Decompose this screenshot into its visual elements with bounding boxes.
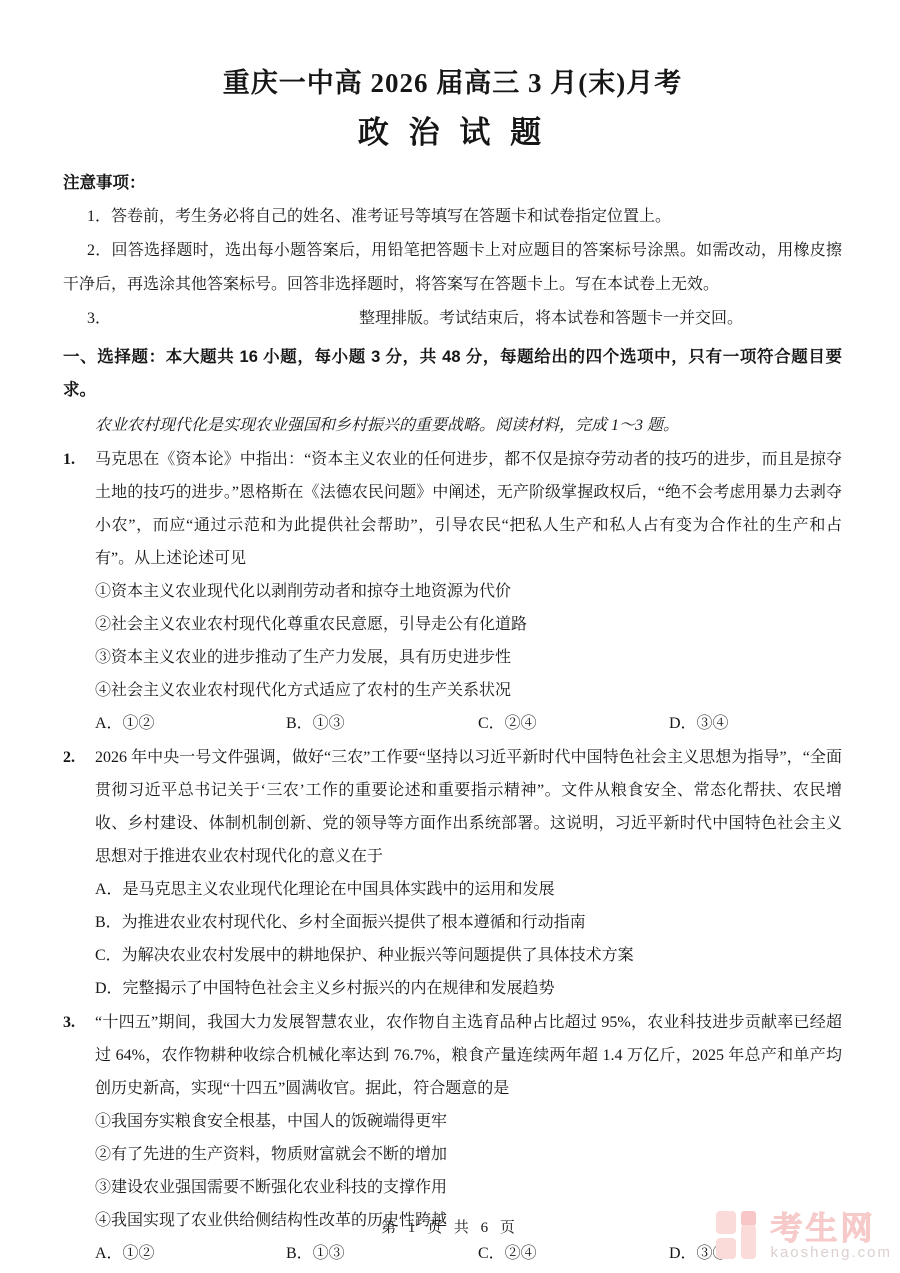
section-header: 一、选择题：本大题共 16 小题，每小题 3 分，共 48 分，每题给出的四个选… xyxy=(63,341,842,407)
question-1-statement-2: ②社会主义农业农村现代化尊重农民意愿，引导走公有化道路 xyxy=(95,608,842,641)
question-3-number: 3. xyxy=(63,1006,95,1039)
question-2-choice-a: A．是马克思主义农业现代化理论在中国具体实践中的运用和发展 xyxy=(95,873,842,906)
question-1-choices: A．①② B．①③ C．②④ D．③④ xyxy=(95,707,842,740)
subject-title: 政 治 试 题 xyxy=(63,112,842,154)
question-3-stem: “十四五”期间，我国大力发展智慧农业，农作物自主选育品种占比超过 95%，农业科… xyxy=(95,1006,842,1105)
question-2-body: 2026 年中央一号文件强调，做好“三农”工作要“坚持以习近平新时代中国特色社会… xyxy=(95,741,842,1005)
page-title: 重庆一中高 2026 届高三 3 月(末)月考 xyxy=(63,66,842,100)
exam-page: 重庆一中高 2026 届高三 3 月(末)月考 政 治 试 题 注意事项： 1．… xyxy=(0,0,900,1273)
question-1-statement-1: ①资本主义农业现代化以剥削劳动者和掠夺土地资源为代价 xyxy=(95,575,842,608)
watermark: 考生网 kaosheng.com xyxy=(716,1211,892,1261)
watermark-site-name: 考生网 xyxy=(770,1211,892,1245)
question-1-stem: 马克思在《资本论》中指出：“资本主义农业的任何进步，都不仅是掠夺劳动者的技巧的进… xyxy=(95,443,842,575)
logo-block-bottom-left xyxy=(716,1238,736,1259)
question-2: 2. 2026 年中央一号文件强调，做好“三农”工作要“坚持以习近平新时代中国特… xyxy=(63,741,842,1005)
watermark-text: 考生网 kaosheng.com xyxy=(770,1211,892,1261)
note-3-number: 3． xyxy=(87,310,111,327)
question-2-number: 2. xyxy=(63,741,95,774)
logo-block-top-right xyxy=(741,1211,756,1226)
watermark-site-domain: kaosheng.com xyxy=(770,1245,892,1261)
question-1-statement-4: ④社会主义农业农村现代化方式适应了农村的生产关系状况 xyxy=(95,674,842,707)
question-1-choice-b: B．①③ xyxy=(286,707,478,740)
section-intro: 农业农村现代化是实现农业强国和乡村振兴的重要战略。阅读材料，完成 1～3 题。 xyxy=(63,409,842,442)
question-3-choice-a: A．①② xyxy=(95,1237,286,1270)
question-1-number: 1. xyxy=(63,443,95,476)
kaosheng-logo-icon xyxy=(716,1211,760,1259)
question-3-choice-c: C．②④ xyxy=(478,1237,669,1270)
logo-block-top-left xyxy=(716,1211,736,1234)
question-3-statement-2: ②有了先进的生产资料，物质财富就会不断的增加 xyxy=(95,1138,842,1171)
question-2-choice-b: B．为推进农业农村现代化、乡村全面振兴提供了根本遵循和行动指南 xyxy=(95,906,842,939)
note-item-1: 1．答卷前，考生务必将自己的姓名、准考证号等填写在答题卡和试卷指定位置上。 xyxy=(63,200,842,234)
question-1-statement-3: ③资本主义农业的进步推动了生产力发展，具有历史进步性 xyxy=(95,641,842,674)
note-3-text: 整理排版。考试结束后，将本试卷和答题卡一并交回。 xyxy=(359,310,743,327)
question-1-choice-a: A．①② xyxy=(95,707,286,740)
question-1-body: 马克思在《资本论》中指出：“资本主义农业的任何进步，都不仅是掠夺劳动者的技巧的进… xyxy=(95,443,842,740)
notes-heading: 注意事项： xyxy=(63,166,842,200)
logo-block-bar-right xyxy=(741,1225,756,1259)
note-item-2: 2．回答选择题时，选出每小题答案后，用铅笔把答题卡上对应题目的答案标号涂黑。如需… xyxy=(63,234,842,302)
question-1: 1. 马克思在《资本论》中指出：“资本主义农业的任何进步，都不仅是掠夺劳动者的技… xyxy=(63,443,842,740)
note-item-3: 3．整理排版。考试结束后，将本试卷和答题卡一并交回。 xyxy=(63,302,842,336)
question-3-choice-b: B．①③ xyxy=(286,1237,478,1270)
question-2-choice-d: D．完整揭示了中国特色社会主义乡村振兴的内在规律和发展趋势 xyxy=(95,972,842,1005)
notes-section: 注意事项： 1．答卷前，考生务必将自己的姓名、准考证号等填写在答题卡和试卷指定位… xyxy=(63,166,842,336)
question-2-stem: 2026 年中央一号文件强调，做好“三农”工作要“坚持以习近平新时代中国特色社会… xyxy=(95,741,842,873)
question-3-statement-3: ③建设农业强国需要不断强化农业科技的支撑作用 xyxy=(95,1171,842,1204)
question-1-choice-c: C．②④ xyxy=(478,707,669,740)
question-1-choice-d: D．③④ xyxy=(669,707,842,740)
question-3-statement-1: ①我国夯实粮食安全根基，中国人的饭碗端得更牢 xyxy=(95,1105,842,1138)
question-2-choice-c: C．为解决农业农村发展中的耕地保护、种业振兴等问题提供了具体技术方案 xyxy=(95,939,842,972)
